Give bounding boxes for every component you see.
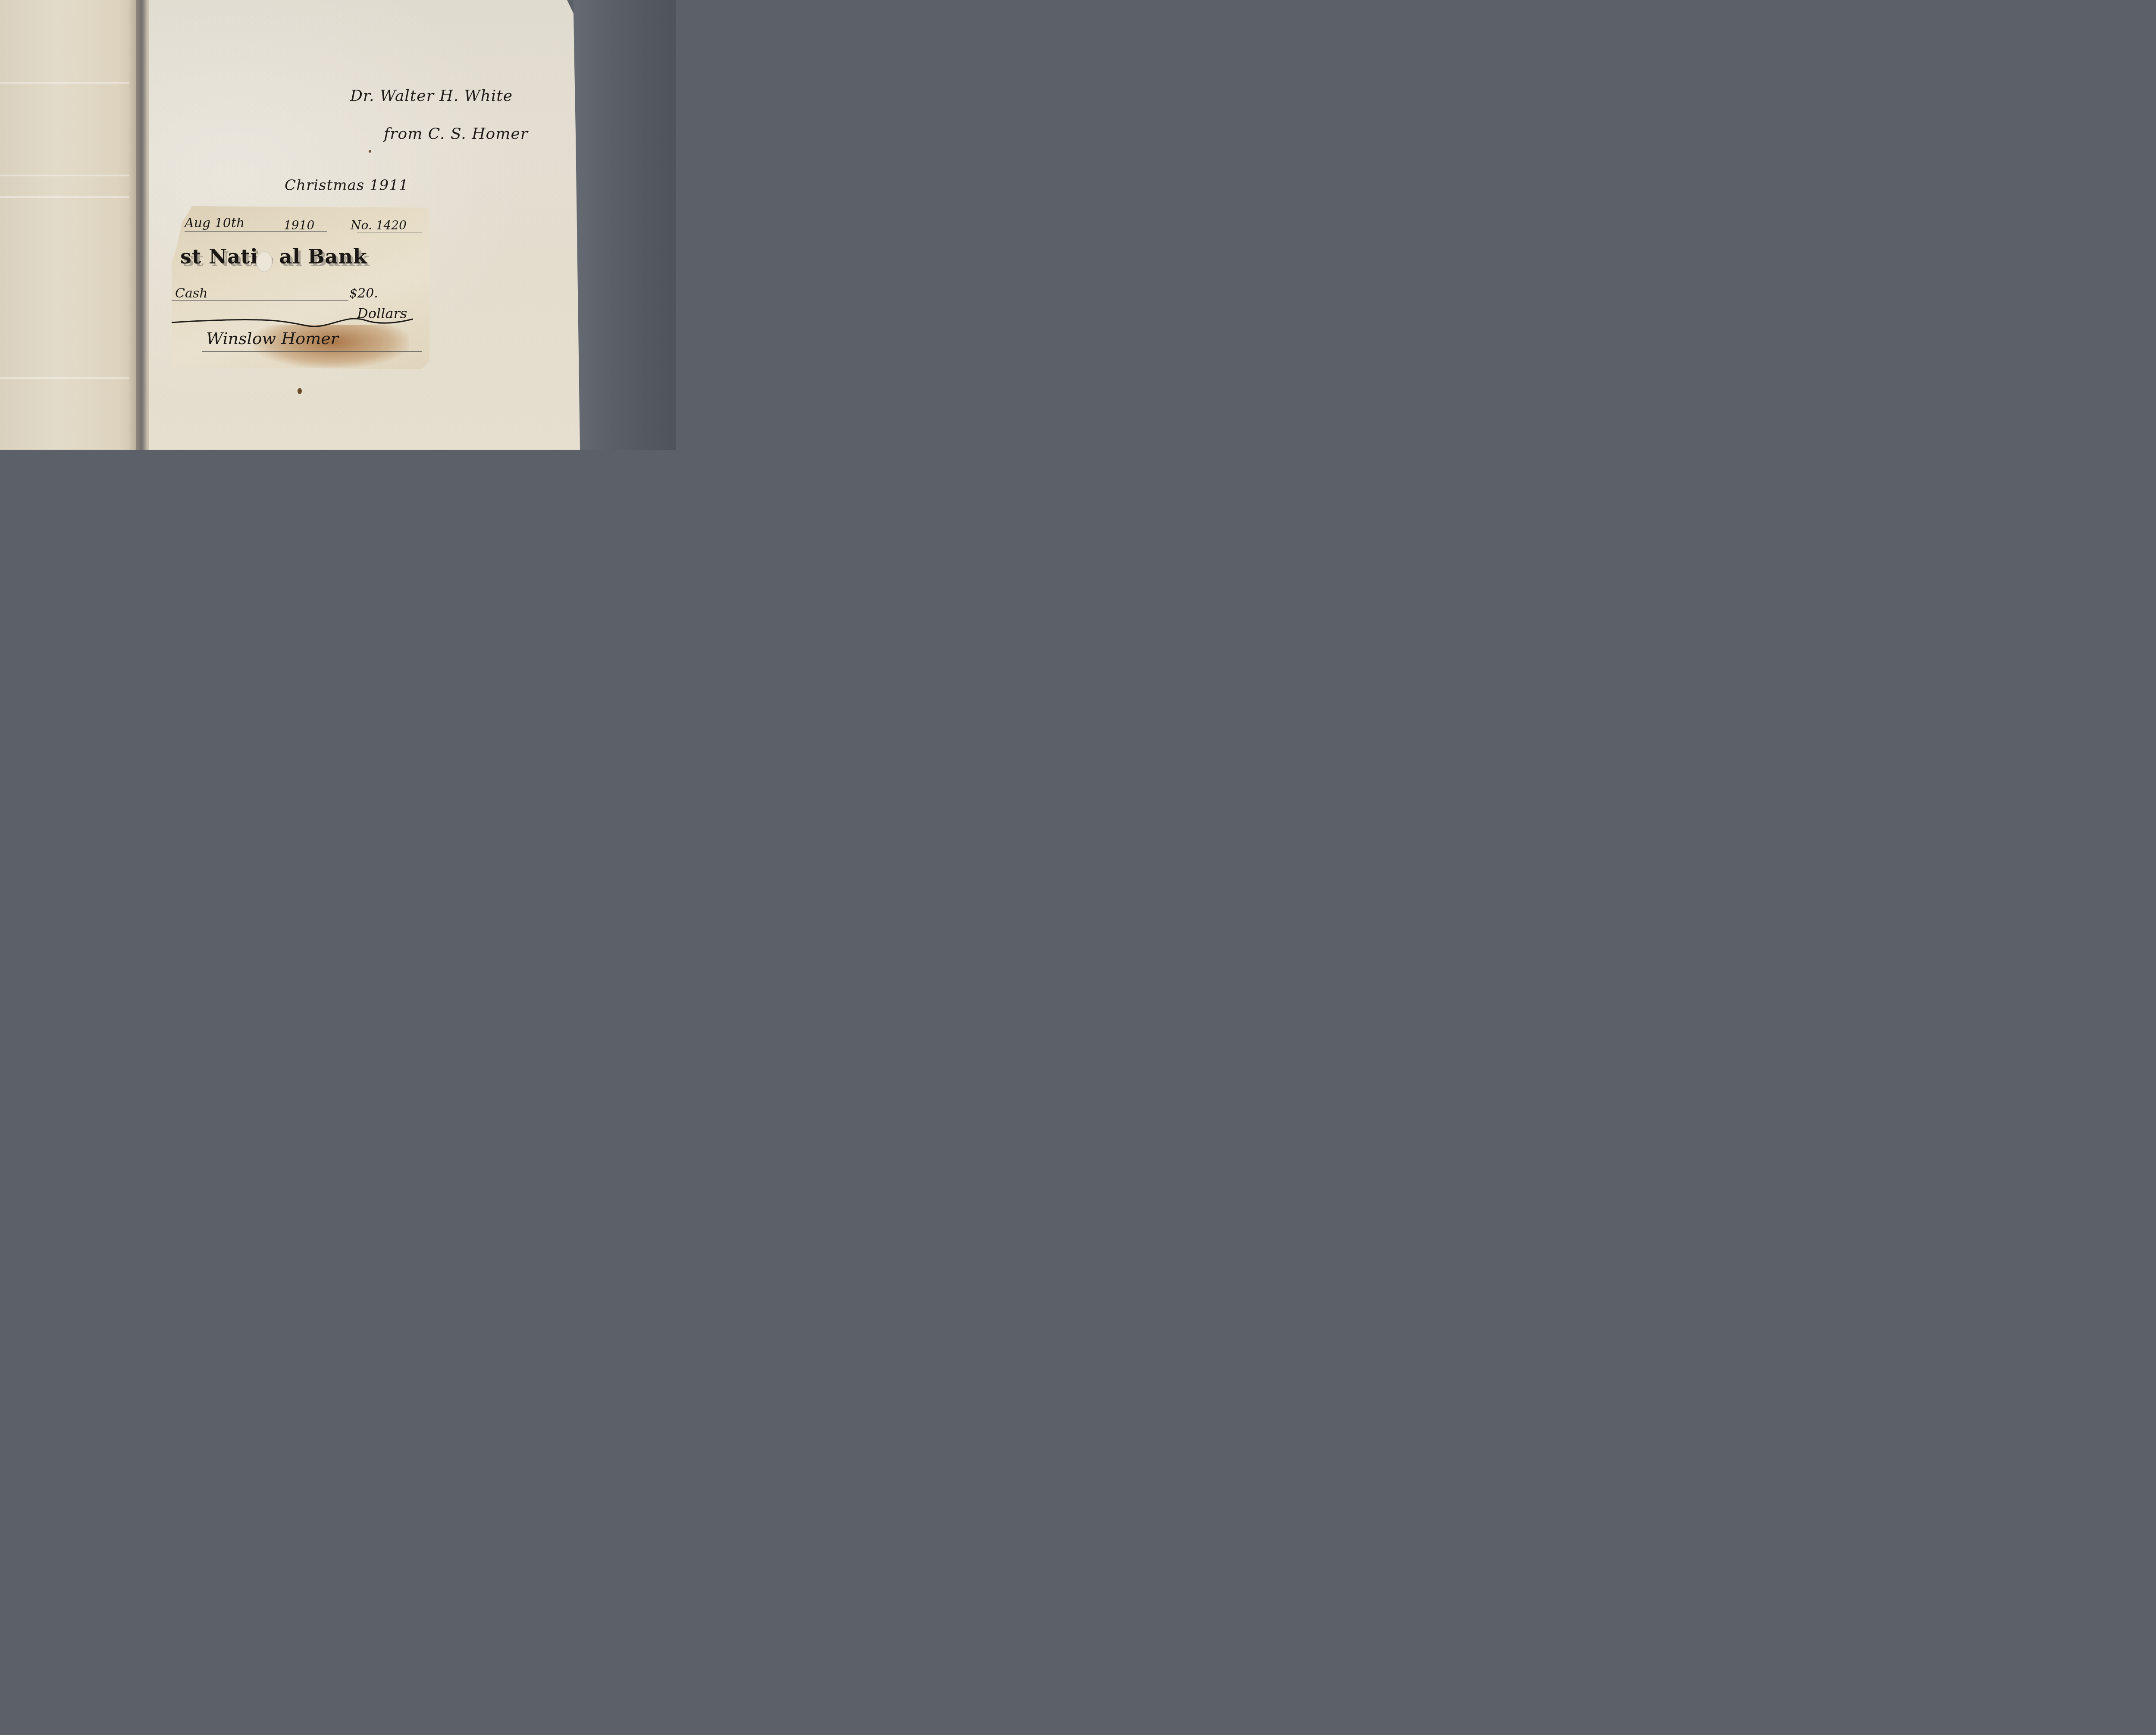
paper-crease — [0, 196, 138, 198]
amount-line — [361, 302, 422, 302]
inscription-recipient: Dr. Walter H. White — [350, 87, 513, 105]
table-background — [573, 0, 676, 450]
signature-line — [202, 351, 422, 352]
spine-shadow — [136, 0, 142, 450]
check-number: No. 1420 — [351, 218, 407, 232]
dollars-label: Dollars — [357, 305, 407, 322]
check-payee: Cash — [175, 286, 208, 301]
payee-line — [172, 300, 348, 301]
inscription-from: from C. S. Homer — [384, 125, 528, 143]
check-signature: Winslow Homer — [206, 329, 338, 348]
paper-crease — [0, 175, 138, 176]
bank-name: st Natio al Bank — [180, 245, 367, 268]
number-line — [357, 232, 422, 232]
pasted-check: Aug 10th 1910 No. 1420 st Natio al Bank … — [172, 206, 429, 369]
paper-crease — [0, 377, 138, 379]
check-year: 1910 — [284, 218, 314, 232]
inscription-date: Christmas 1911 — [285, 177, 408, 194]
cancellation-punch-hole — [256, 251, 273, 272]
check-date: Aug 10th — [185, 216, 244, 231]
left-endpaper — [0, 0, 147, 450]
paper-crease — [0, 82, 138, 84]
check-amount: $20. — [349, 286, 378, 301]
foxing-spot — [369, 150, 371, 153]
foxing-spot — [298, 388, 302, 394]
